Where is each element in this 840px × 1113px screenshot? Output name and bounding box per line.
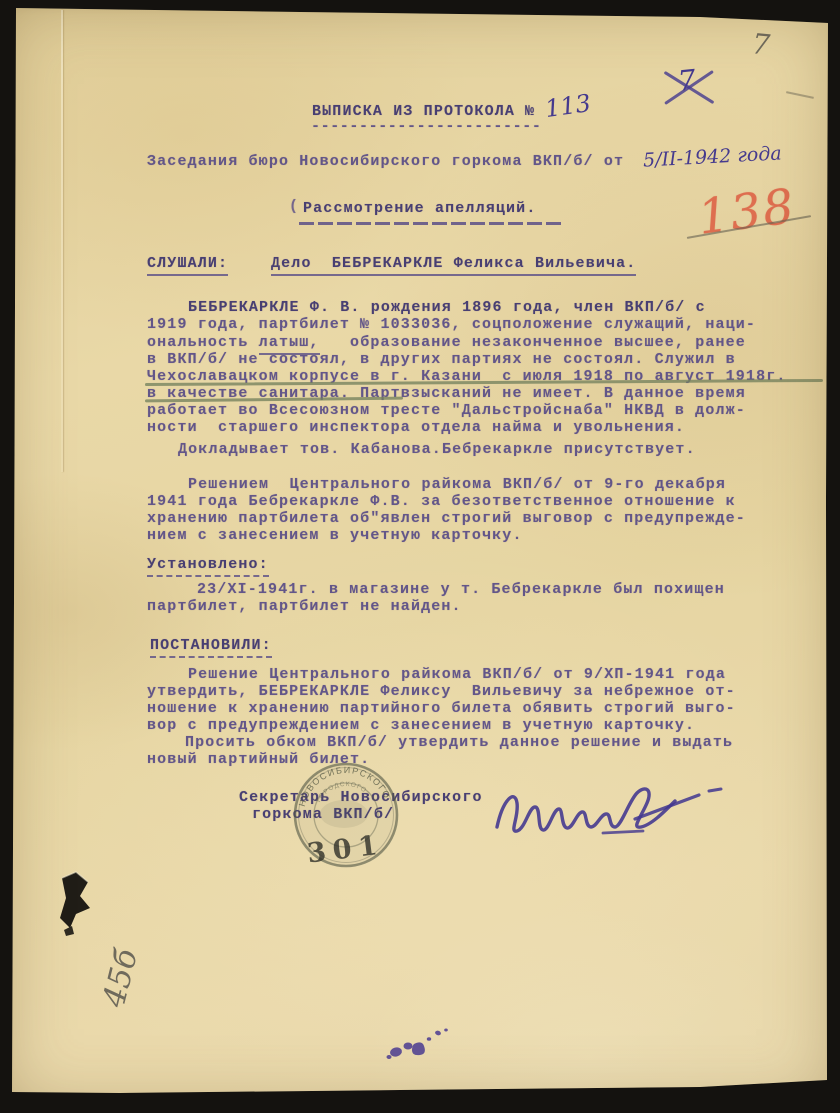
subtitle: Заседания бюро Новосибирского горкома ВК… xyxy=(147,153,624,170)
signature-title-line-2: горкома ВКП/б/ xyxy=(252,806,394,823)
decision-line-3: хранению партбилета об"явлен строгий выг… xyxy=(147,510,746,527)
bio-line-5: Чехославацком корпусе в г. Казани с июля… xyxy=(147,368,787,385)
bio-line-4: в ВКП/б/ не состоял, в других партиях не… xyxy=(147,351,736,368)
ustanovleno-line-1: 23/ХI-1941г. в магазине у т. Бебрекаркле… xyxy=(197,581,725,598)
red-pencil-number: 138 xyxy=(695,178,799,245)
postanovili-line-1: Решение Центрального райкома ВКП/б/ от 9… xyxy=(188,666,726,683)
ink-blots xyxy=(380,1024,470,1072)
reporter-line: Докладывает тов. Кабанова.Бебрекаркле пр… xyxy=(178,441,696,458)
cross-stroke-2 xyxy=(664,70,714,105)
title-number-handwritten: 113 xyxy=(543,89,592,123)
bio-line-1: БЕБРЕКАРКЛЕ Ф. В. рождения 1896 года, чл… xyxy=(188,299,706,316)
stamp-arc-text: НОВОСИБИРСКОГО xyxy=(297,765,393,808)
bio-line-2: 1919 года, партбилет № 1033036, соцполож… xyxy=(147,316,756,333)
pencil-underline-service xyxy=(145,379,823,386)
ustanovleno-label-text: Установлено: xyxy=(147,556,269,577)
slushali-label-text: СЛУШАЛИ: xyxy=(147,255,228,276)
stamp-number: 301 xyxy=(305,829,386,869)
page-number-pencil: 7 xyxy=(751,27,772,61)
bio-line-3-pre: ональность xyxy=(147,334,259,351)
decision-line-1: Решением Центрального райкома ВКП/б/ от … xyxy=(188,476,726,493)
postanovili-line-5: Просить обком ВКП/б/ утвердить данное ре… xyxy=(185,734,733,751)
section-title: Рассмотрение апелляций. xyxy=(303,200,536,217)
pencil-tick-mark xyxy=(786,91,814,98)
postanovili-line-2: утвердить, БЕБРЕКАРКЛЕ Феликсу Вильевичу… xyxy=(147,683,736,700)
section-title-underline xyxy=(299,222,563,225)
title-underline-dashes: ------------------------ xyxy=(311,118,541,135)
postanovili-label: ПОСТАНОВИЛИ: xyxy=(150,637,272,654)
postanovili-label-text: ПОСТАНОВИЛИ: xyxy=(150,637,272,658)
postanovili-line-3: ношение к хранению партийного билета обя… xyxy=(147,700,736,717)
red-number-strike xyxy=(687,215,812,239)
bio-line-7: работает во Всесоюзном тресте "Дальстрой… xyxy=(147,402,746,419)
bio-line-3: ональность латыш, образование незакончен… xyxy=(147,334,746,351)
crossed-number-ink: 7 xyxy=(676,63,697,98)
bio-line-3-post: образование незаконченное высшее, ранее xyxy=(320,334,746,351)
postanovili-line-6: новый партийный билет. xyxy=(147,751,370,768)
bottom-left-pencil-mark: 45б xyxy=(96,945,145,1010)
slushali-case-text: Дело БЕБРЕКАРКЛЕ Феликса Вильевича. xyxy=(271,255,636,276)
bio-nationality-underlined: латыш, xyxy=(259,334,320,355)
decision-line-4: нием с занесением в учетную карточку. xyxy=(147,527,523,544)
document-page: ВЫПИСКА ИЗ ПРОТОКОЛА № 113 -------------… xyxy=(0,0,840,1113)
stamp-arc-inner-text: ГОРОДСКОГО xyxy=(315,781,368,804)
bio-line-8: ности старшего инспектора отдела найма и… xyxy=(147,419,685,436)
ustanovleno-label: Установлено: xyxy=(147,556,269,573)
subtitle-date-handwritten: 5/II-1942 года xyxy=(643,142,783,171)
pencil-underline-sanitar xyxy=(145,397,403,402)
ustanovleno-line-2: партбилет, партбилет не найден. xyxy=(147,598,462,615)
decision-line-2: 1941 года Бебрекаркле Ф.В. за безответст… xyxy=(147,493,736,510)
scan-background: ВЫПИСКА ИЗ ПРОТОКОЛА № 113 -------------… xyxy=(0,0,840,1113)
bio-line-6: в качестве санитара. Партвзысканий не им… xyxy=(147,385,746,402)
signature-title-line-1: Секретарь Новосибирского xyxy=(239,789,483,806)
cross-stroke-1 xyxy=(664,71,715,104)
paper-tear xyxy=(52,866,102,946)
slushali-case: Дело БЕБРЕКАРКЛЕ Феликса Вильевича. xyxy=(271,255,636,272)
slushali-label: СЛУШАЛИ: xyxy=(147,255,228,272)
fold-crease xyxy=(61,10,63,472)
secretary-signature xyxy=(485,775,725,847)
postanovili-line-4: вор с предупреждением с занесением в уче… xyxy=(147,717,695,734)
round-stamp: НОВОСИБИРСКОГО ГОРОДСКОГО 301 xyxy=(290,762,404,870)
document-title: ВЫПИСКА ИЗ ПРОТОКОЛА № xyxy=(312,103,535,120)
section-paren-mark: ( xyxy=(289,198,299,215)
